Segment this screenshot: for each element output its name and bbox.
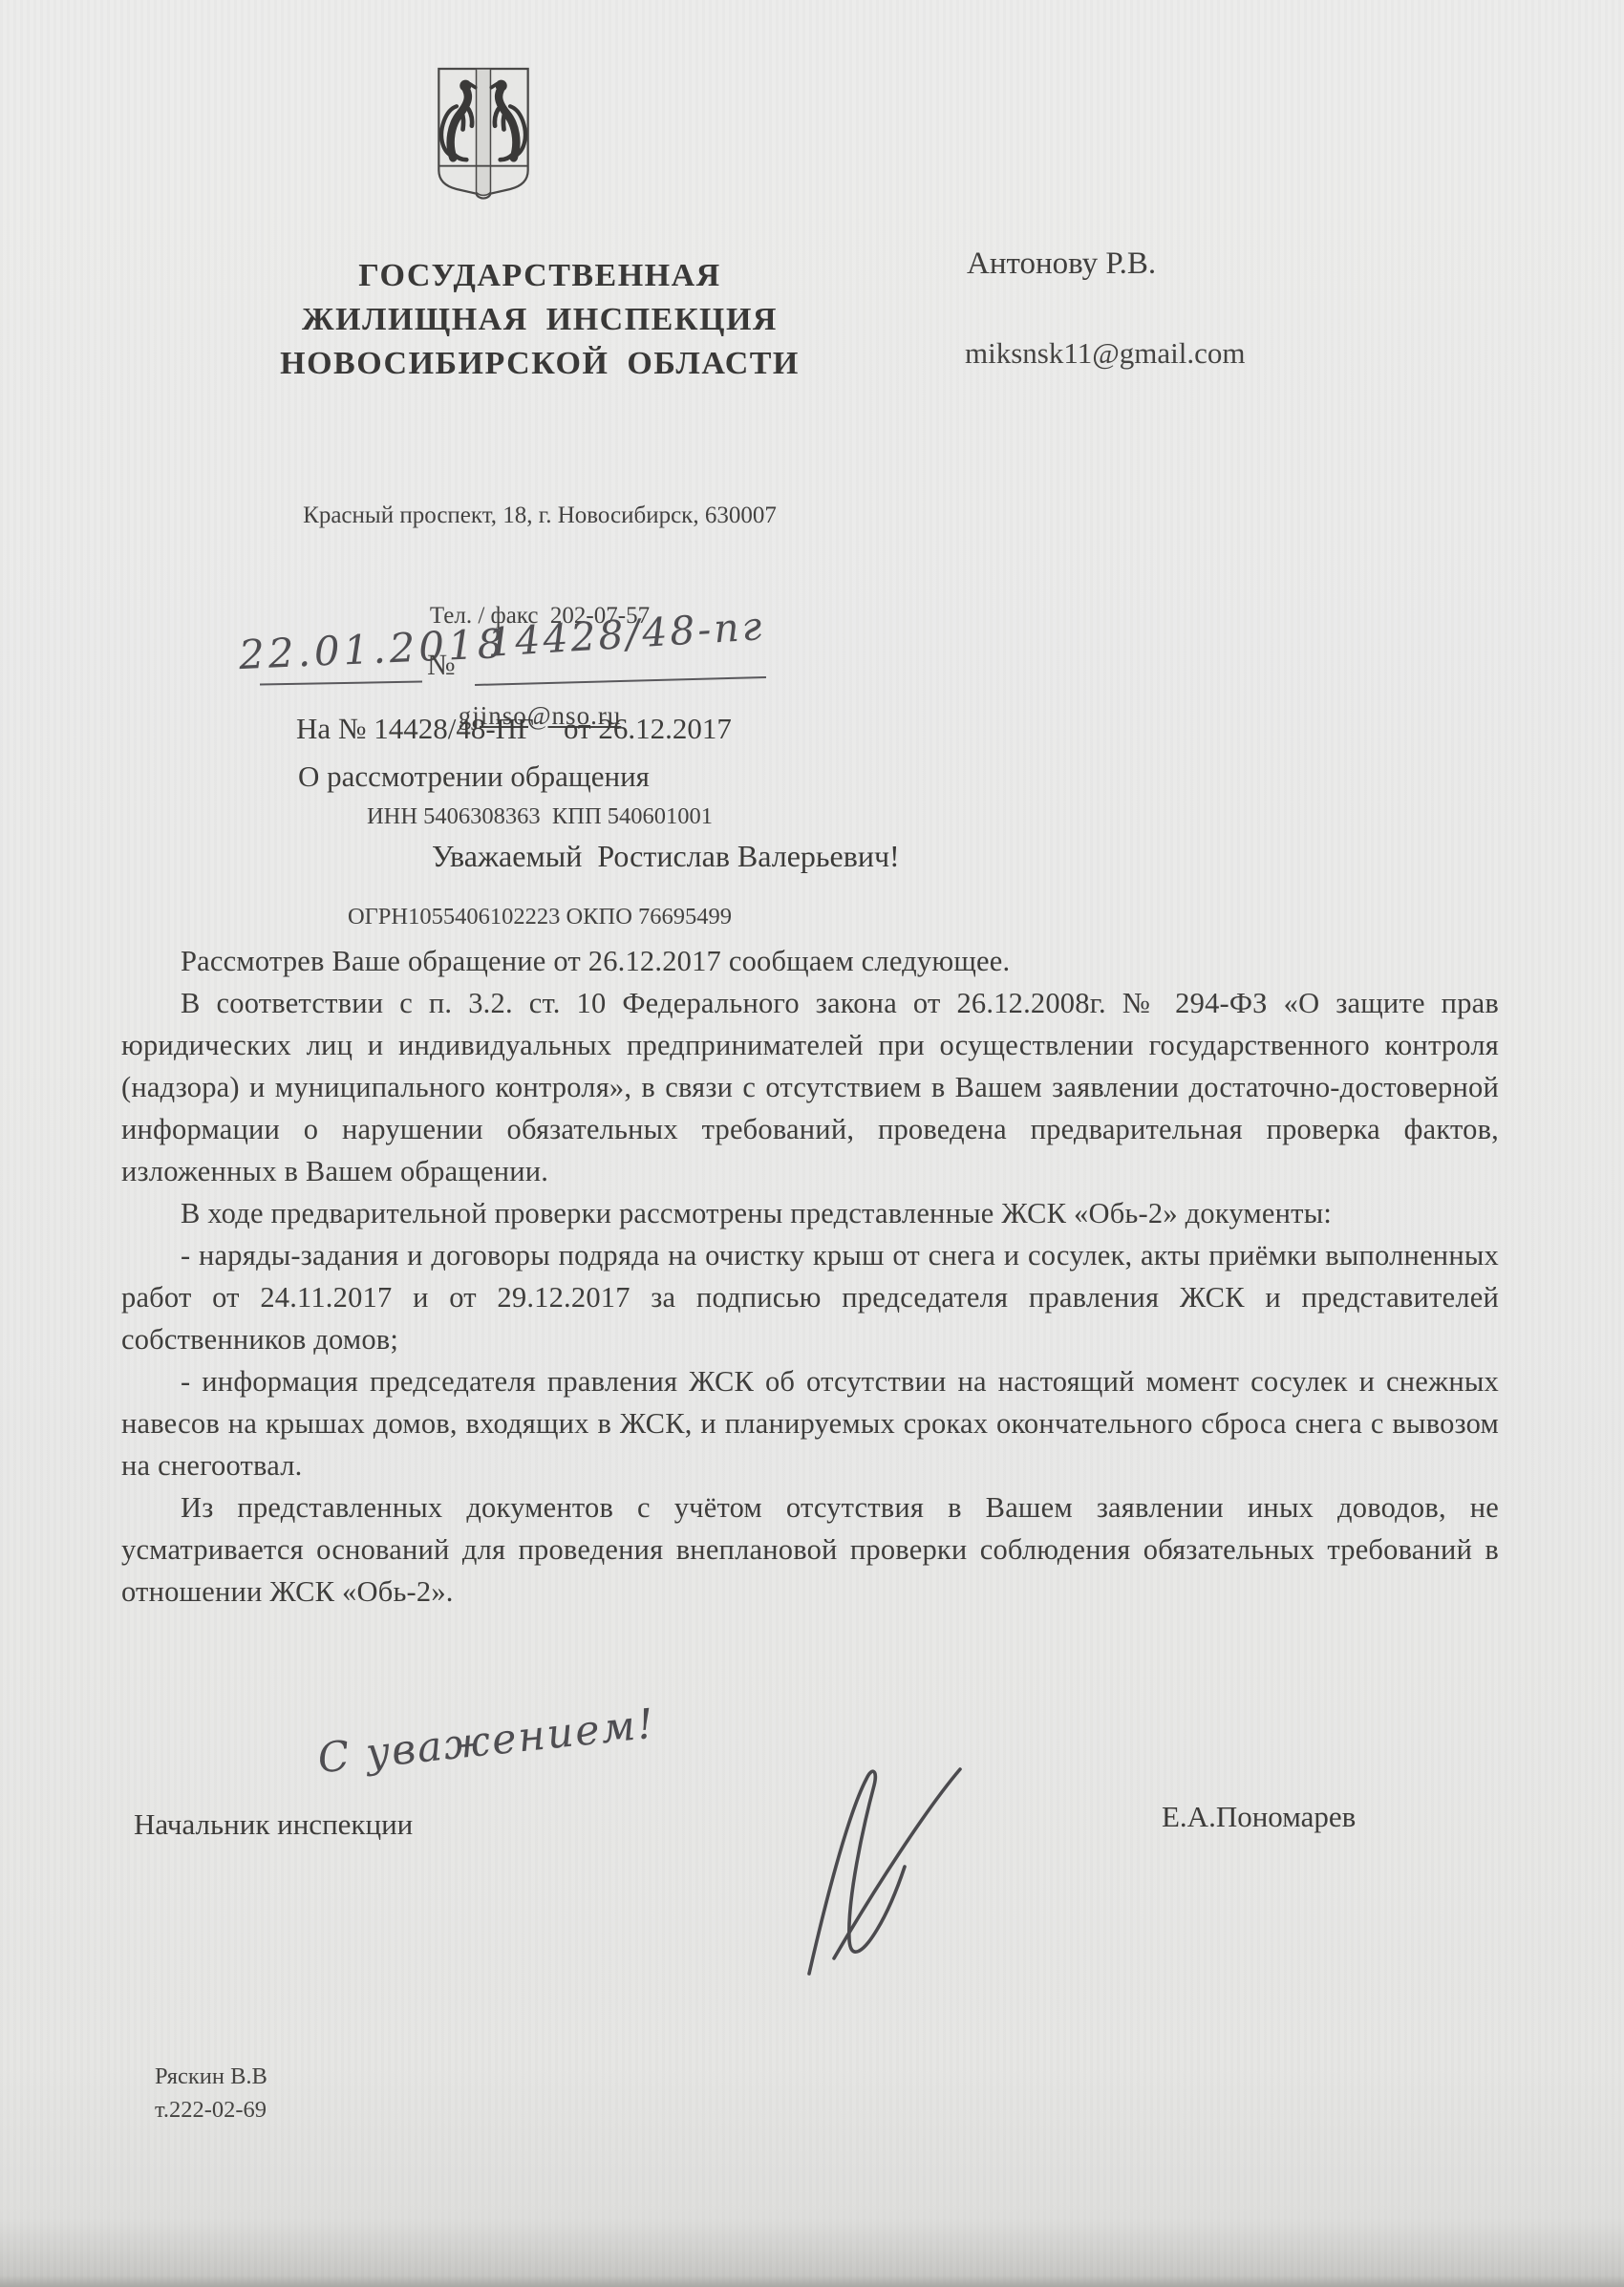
signer-position: Начальник инспекции bbox=[134, 1807, 413, 1842]
signature-icon bbox=[779, 1756, 970, 1985]
org-ogrn-okpo: ОГРН1055406102223 ОКПО 76695499 bbox=[196, 900, 884, 933]
salutation: Уважаемый Ростислав Валерьевич! bbox=[432, 839, 900, 874]
recipient-email: miksnsk11@gmail.com bbox=[965, 336, 1245, 371]
number-sign: № bbox=[427, 648, 456, 682]
org-line: НОВОСИБИРСКОЙ ОБЛАСТИ bbox=[215, 342, 865, 386]
executor-phone: т.222-02-69 bbox=[155, 2093, 267, 2127]
executor-name: Ряскин В.В bbox=[155, 2060, 267, 2093]
org-line: ЖИЛИЩНАЯ ИНСПЕКЦИЯ bbox=[215, 298, 865, 342]
org-address: Красный проспект, 18, г. Новосибирск, 63… bbox=[196, 499, 884, 532]
body-paragraph: Из представленных документов с учётом от… bbox=[121, 1486, 1499, 1613]
signer-name: Е.А.Пономарев bbox=[1162, 1800, 1356, 1834]
scanned-letter-page: ГОСУДАРСТВЕННАЯ ЖИЛИЩНАЯ ИНСПЕКЦИЯ НОВОС… bbox=[0, 0, 1624, 2287]
body-paragraph: - информация председателя правления ЖСК … bbox=[121, 1360, 1499, 1486]
letterhead-org-name: ГОСУДАРСТВЕННАЯ ЖИЛИЩНАЯ ИНСПЕКЦИЯ НОВОС… bbox=[215, 254, 865, 386]
novosibirsk-coat-of-arms-icon bbox=[430, 63, 537, 208]
body-paragraph: В ходе предварительной проверки рассмотр… bbox=[121, 1192, 1499, 1234]
reference-line: На № 14428/48-ПГ от 26.12.2017 bbox=[296, 712, 732, 746]
subject-line: О рассмотрении обращения bbox=[298, 759, 650, 794]
handwritten-regards: С уважением! bbox=[315, 1700, 657, 1784]
org-line: ГОСУДАРСТВЕННАЯ bbox=[215, 254, 865, 298]
scan-bottom-shadow bbox=[0, 2276, 1624, 2287]
body-paragraph: В соответствии с п. 3.2. ст. 10 Федераль… bbox=[121, 982, 1499, 1192]
body-paragraph: Рассмотрев Ваше обращение от 26.12.2017 … bbox=[121, 940, 1499, 982]
executor-block: Ряскин В.В т.222-02-69 bbox=[155, 2060, 267, 2127]
recipient-name: Антонову Р.В. bbox=[967, 246, 1156, 282]
body-paragraph: - наряды-задания и договоры подряда на о… bbox=[121, 1234, 1499, 1360]
letter-body: Рассмотрев Ваше обращение от 26.12.2017 … bbox=[121, 940, 1499, 1613]
org-inn-kpp: ИНН 5406308363 КПП 540601001 bbox=[196, 800, 884, 833]
